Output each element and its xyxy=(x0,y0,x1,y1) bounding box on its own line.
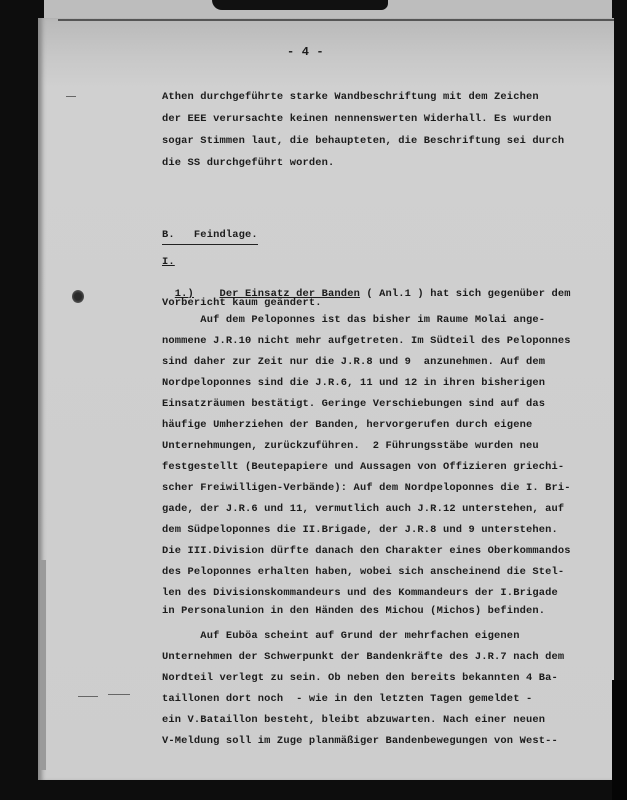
margin-mark xyxy=(108,694,130,695)
item-line-rest: ( Anl.1 ) hat sich gegenüber dem xyxy=(360,288,571,300)
section-heading: B. Feindlage. xyxy=(162,229,258,245)
body-line: Unternehmen der Schwerpunkt der Bandenkr… xyxy=(162,651,564,663)
body-line: gade, der J.R.6 und 11, vermutlich auch … xyxy=(162,503,564,515)
scan-border xyxy=(612,680,627,800)
body-line: in Personalunion in den Händen des Micho… xyxy=(162,605,545,617)
body-line: len des Divisionskommandeurs und des Kom… xyxy=(162,587,558,599)
item-line-2: Vorbericht kaum geändert. xyxy=(162,297,322,309)
intro-line: der EEE verursachte keinen nennenswerten… xyxy=(162,113,552,125)
scan-shadow xyxy=(212,0,388,10)
punch-hole-icon xyxy=(72,290,84,303)
body-line: Nordteil verlegt zu sein. Ob neben den b… xyxy=(162,672,558,684)
intro-line: die SS durchgeführt worden. xyxy=(162,157,334,169)
body-line: des Peloponnes erhalten haben, wobei sic… xyxy=(162,566,564,578)
subsection-number: I. xyxy=(162,256,175,268)
body-line: V-Meldung soll im Zuge planmäßiger Bande… xyxy=(162,735,558,747)
body-line: nommene J.R.10 nicht mehr aufgetreten. I… xyxy=(162,335,571,347)
page-number: - 4 - xyxy=(287,45,324,59)
body-line: sind daher zur Zeit nur die J.R.8 und 9 … xyxy=(162,356,545,368)
intro-line: Athen durchgeführte starke Wandbeschrift… xyxy=(162,91,539,103)
intro-line: sogar Stimmen laut, die behaupteten, die… xyxy=(162,135,564,147)
body-line: Einsatzräumen bestätigt. Geringe Verschi… xyxy=(162,398,545,410)
binding-strip xyxy=(40,560,46,770)
margin-mark xyxy=(66,96,76,97)
margin-mark xyxy=(78,696,98,697)
body-line: Die III.Division dürfte danach den Chara… xyxy=(162,545,571,557)
page-top-edge xyxy=(58,19,614,21)
body-line: scher Freiwilligen-Verbände): Auf dem No… xyxy=(162,482,571,494)
body-line: Unternehmungen, zurückzuführen. 2 Führun… xyxy=(162,440,539,452)
body-line: häufige Umherziehen der Banden, hervorge… xyxy=(162,419,532,431)
body-line: Auf Euböa scheint auf Grund der mehrfach… xyxy=(162,630,520,642)
body-line: Auf dem Peloponnes ist das bisher im Rau… xyxy=(162,314,545,326)
body-line: Nordpeloponnes sind die J.R.6, 11 und 12… xyxy=(162,377,545,389)
body-line: dem Südpeloponnes die II.Brigade, der J.… xyxy=(162,524,558,536)
body-line: ein V.Bataillon besteht, bleibt abzuwart… xyxy=(162,714,545,726)
body-line: taillonen dort noch - wie in den letzten… xyxy=(162,693,532,705)
body-line: festgestellt (Beutepapiere und Aussagen … xyxy=(162,461,564,473)
